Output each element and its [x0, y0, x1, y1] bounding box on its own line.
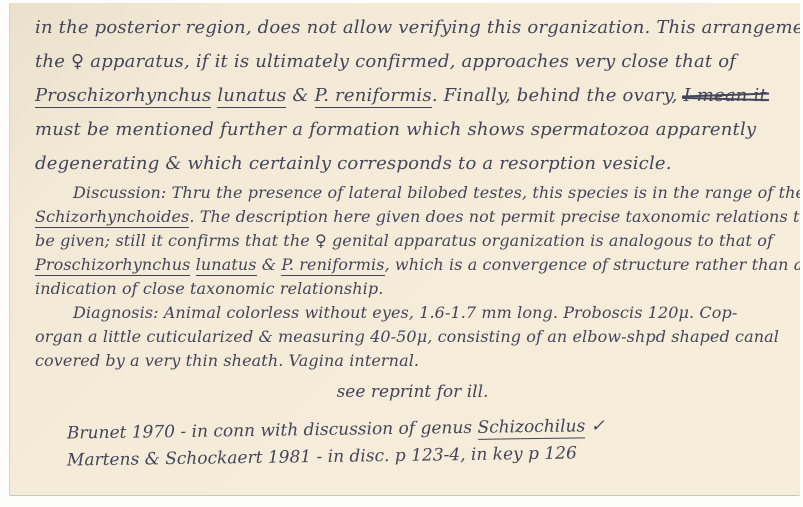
text-segment: & [286, 85, 314, 106]
underlined-taxon-name: Schizochilus [477, 416, 585, 440]
underlined-taxon-name: lunatus [196, 255, 257, 276]
text-segment: . The description here given does not pe… [189, 207, 800, 226]
handwritten-line: be given; still it confirms that the ♀ g… [35, 229, 790, 253]
handwritten-line: Proschizorhynchus lunatus & P. reniformi… [35, 79, 790, 113]
handwritten-line: the ♀ apparatus, if it is ultimately con… [35, 45, 790, 79]
text-segment: & [257, 255, 282, 274]
handwritten-line: must be mentioned further a formation wh… [35, 113, 790, 147]
underlined-taxon-name: Proschizorhynchus [35, 85, 211, 108]
text-segment: . Finally, behind the ovary, [432, 85, 684, 106]
text-segment: Diagnosis: Animal colorless without eyes… [73, 303, 737, 322]
handwritten-line: indication of close taxonomic relationsh… [35, 277, 790, 301]
text-segment: the ♀ apparatus, if it is ultimately con… [35, 51, 736, 72]
underlined-taxon-name: lunatus [217, 85, 286, 108]
text-segment [190, 255, 195, 274]
struck-out-text: I mean it [684, 85, 767, 106]
text-segment: indication of close taxonomic relationsh… [35, 279, 383, 298]
underlined-taxon-name: Schizorhynchoides [35, 207, 189, 228]
text-segment: covered by a very thin sheath. Vagina in… [35, 351, 419, 370]
text-segment: degenerating & which certainly correspon… [35, 153, 672, 174]
handwritten-line: Discussion: Thru the presence of lateral… [35, 181, 790, 205]
underlined-taxon-name: P. reniformis [281, 255, 384, 276]
index-card: in the posterior region, does not allow … [9, 3, 800, 495]
handwritten-line: Proschizorhynchus lunatus & P. reniformi… [35, 253, 790, 277]
handwritten-line: covered by a very thin sheath. Vagina in… [35, 349, 790, 373]
handwritten-line: Schizorhynchoides. The description here … [35, 205, 790, 229]
underlined-taxon-name: Proschizorhynchus [35, 255, 190, 276]
handwritten-line: organ a little cuticularized & measuring… [35, 325, 790, 349]
handwritten-line: in the posterior region, does not allow … [35, 11, 790, 45]
text-segment: Martens & Schockaert 1981 - in disc. p 1… [67, 443, 577, 470]
text-segment: organ a little cuticularized & measuring… [35, 327, 779, 346]
text-segment: see reprint for ill. [337, 382, 489, 402]
text-segment: Brunet 1970 - in conn with discussion of… [67, 418, 478, 444]
text-segment: Discussion: Thru the presence of lateral… [73, 183, 800, 202]
underlined-taxon-name: P. reniformis [315, 85, 432, 108]
text-segment: must be mentioned further a formation wh… [35, 119, 756, 140]
card-text: in the posterior region, does not allow … [35, 11, 790, 491]
handwritten-line: see reprint for ill. [35, 377, 790, 407]
text-segment: be given; still it confirms that the ♀ g… [35, 231, 773, 250]
handwritten-line: Diagnosis: Animal colorless without eyes… [35, 301, 790, 325]
text-segment: ✓ [585, 416, 605, 436]
text-segment: in the posterior region, does not allow … [35, 17, 800, 38]
text-segment: , which is a convergence of structure ra… [385, 255, 800, 274]
handwritten-line: degenerating & which certainly correspon… [35, 147, 790, 181]
